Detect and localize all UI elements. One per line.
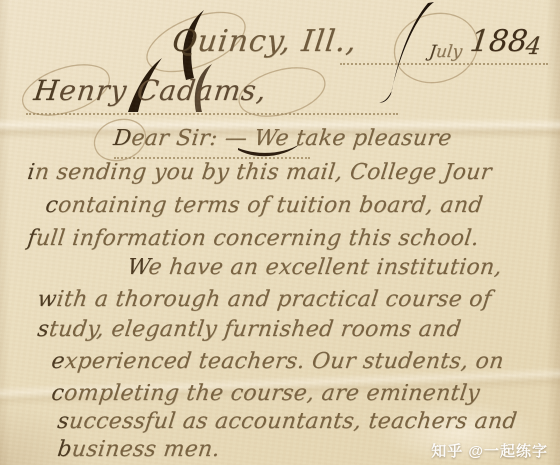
letter-line: study, elegantly furnished rooms and [36,317,463,342]
watermark-text: 知乎 @一起练字 [431,440,548,461]
addressee-text: Henry Cadams, [32,74,269,107]
date-dotted-rule [340,63,548,65]
date-place-text: Quincy, Ill., [170,24,359,59]
letter-line: We have an excellent institution, [126,255,503,280]
capital-j-flourish [379,2,434,103]
letter-photo: Quincy, Ill., July 188 4 Henry Cadams, D… [0,0,560,465]
date-year-printed: 188 [468,24,530,59]
letter-line: Dear Sir: — We take pleasure [112,126,453,151]
letter-line: business men. [56,437,221,462]
addressee-dotted-rule [26,113,398,115]
date-year-filled: 4 [524,32,543,60]
letter-line: full information concerning this school. [26,226,481,251]
letter-line: completing the course, are eminently [50,381,481,406]
letter-line: successful as accountants, teachers and [56,409,518,434]
letter-line: with a thorough and practical course of [36,287,493,312]
date-month-text: July [428,42,463,62]
letter-line: experienced teachers. Our students, on [50,349,505,374]
letter-line: in sending you by this mail, College Jou… [26,160,493,185]
letter-line: containing terms of tuition board, and [44,193,484,218]
salutation-dotted-rule [114,157,310,159]
